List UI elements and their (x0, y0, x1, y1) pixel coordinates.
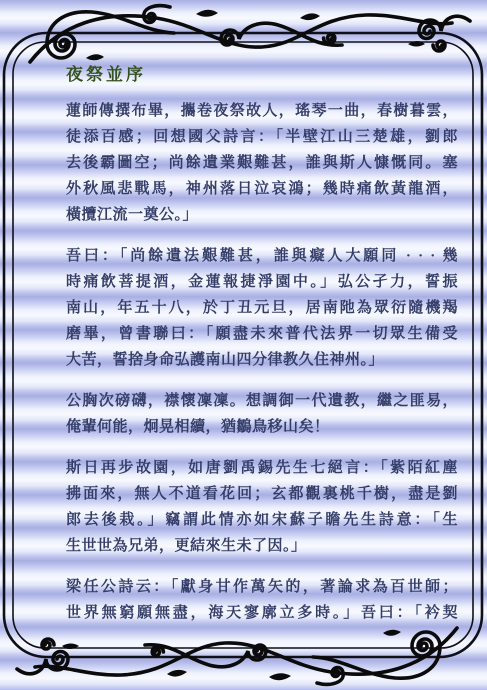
text-line: 時痛飲菩提酒，金蓮報捷淨園中。」弘公孑力，誓振 (66, 269, 458, 295)
text-line: 外秋風悲戰馬，神州落日泣哀鴻；幾時痛飲黃龍酒， (66, 176, 458, 202)
text-line: 斯日再步故園，如唐劉禹錫先生七絕言：「紫陌紅塵 (66, 455, 458, 481)
text-line: 磨畢，曾書聯曰：「願盡未來普代法界一切眾生備受 (66, 321, 458, 347)
text-line: 俺輩何能，炯晃相續，猶鶵鳥移山矣！ (66, 414, 458, 440)
text-line: 生世世為兄弟，更結來生未了因。」 (66, 533, 458, 559)
text-line: 拂面來，無人不道看花回；玄都觀裏桃千樹，盡是劉 (66, 481, 458, 507)
manuscript-page: 夜祭並序 蓮師傳撰布畢，攜卷夜祭故人，瑤琴一曲，春樹暮雲，徒添百感；回想國父詩言… (0, 0, 487, 690)
text-line: 去後霸圖空；尚餘遺業艱難甚，誰與斯人慷慨同。塞 (66, 150, 458, 176)
document-body: 夜祭並序 蓮師傳撰布畢，攜卷夜祭故人，瑤琴一曲，春樹暮雲，徒添百感；回想國父詩言… (66, 60, 458, 626)
paragraph: 吾曰：「尚餘遺法艱難甚，誰與癡人大願同 · · · 幾時痛飲菩提酒，金蓮報捷淨園… (66, 243, 458, 373)
paragraph-list: 蓮師傳撰布畢，攜卷夜祭故人，瑤琴一曲，春樹暮雲，徒添百感；回想國父詩言：「半壁江… (66, 98, 458, 626)
text-line: 橫攬江流一奠公。」 (66, 202, 458, 228)
text-line: 徒添百感；回想國父詩言：「半壁江山三楚雄，劉郎 (66, 124, 458, 150)
paragraph: 斯日再步故園，如唐劉禹錫先生七絕言：「紫陌紅塵拂面來，無人不道看花回；玄都觀裏桃… (66, 455, 458, 559)
text-line: 南山，年五十八，於丁丑元旦，居南阤為眾衍隨機羯 (66, 295, 458, 321)
paragraph: 梁任公詩云：「獻身甘作萬矢的，著論求為百世師；世界無窮願無盡，海天寥廓立多時。」… (66, 574, 458, 626)
text-line: 吾曰：「尚餘遺法艱難甚，誰與癡人大願同 · · · 幾 (66, 243, 458, 269)
text-line: 公胸次磅礴，襟懷凜凜。想調御一代遺教，繼之匪易， (66, 388, 458, 414)
text-line: 世界無窮願無盡，海天寥廓立多時。」吾曰：「衿契 (66, 600, 458, 626)
text-line: 梁任公詩云：「獻身甘作萬矢的，著論求為百世師； (66, 574, 458, 600)
text-line: 郎去後栽。」竊謂此情亦如宋蘇子瞻先生詩意：「生 (66, 507, 458, 533)
text-line: 蓮師傳撰布畢，攜卷夜祭故人，瑤琴一曲，春樹暮雲， (66, 98, 458, 124)
paragraph: 蓮師傳撰布畢，攜卷夜祭故人，瑤琴一曲，春樹暮雲，徒添百感；回想國父詩言：「半壁江… (66, 98, 458, 228)
flourish-ornament (30, 6, 470, 62)
page-title: 夜祭並序 (66, 60, 458, 85)
bottom-flourish-ornament (17, 628, 457, 684)
paragraph: 公胸次磅礴，襟懷凜凜。想調御一代遺教，繼之匪易，俺輩何能，炯晃相續，猶鶵鳥移山矣… (66, 388, 458, 440)
text-line: 大苦，誓捨身命弘護南山四分律教久住神州。」 (66, 347, 458, 373)
